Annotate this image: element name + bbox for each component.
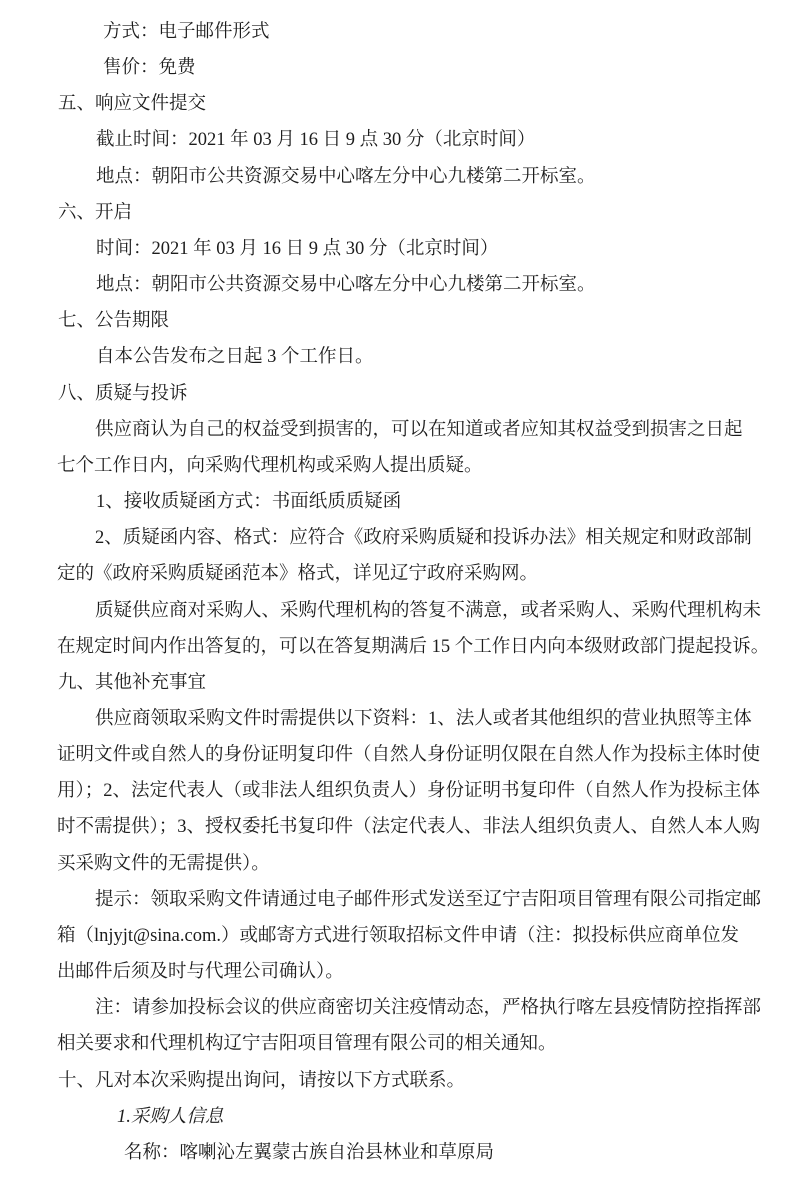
- para-tip-email-line3: 出邮件后须及时与代理公司确认）。: [57, 954, 767, 990]
- para-query-format-line2: 定的《政府采购质疑函范本》格式，详见辽宁政府采购网。: [57, 556, 767, 592]
- heading-section-6-opening: 六、开启: [58, 195, 767, 231]
- line-purchaser-name: 名称：喀喇沁左翼蒙古族自治县林业和草原局: [124, 1135, 767, 1171]
- heading-section-7-period: 七、公告期限: [58, 303, 767, 339]
- line-submission-location: 地点：朝阳市公共资源交易中心喀左分中心九楼第二开标室。: [96, 159, 767, 195]
- line-purchaser-info-title: 1.采购人信息: [117, 1099, 767, 1135]
- line-opening-time: 时间：2021 年 03 月 16 日 9 点 30 分（北京时间）: [96, 231, 767, 267]
- line-announcement-period: 自本公告发布之日起 3 个工作日。: [96, 339, 767, 375]
- heading-section-5-submission: 五、响应文件提交: [58, 86, 767, 122]
- document-page: 方式：电子邮件形式 售价：免费 五、响应文件提交 截止时间：2021 年 03 …: [0, 0, 800, 1184]
- para-query-format-line1: 2、质疑函内容、格式：应符合《政府采购质疑和投诉办法》相关规定和财政部制: [95, 520, 767, 556]
- heading-section-10-contact: 十、凡对本次采购提出询问，请按以下方式联系。: [58, 1063, 767, 1099]
- para-complaint-line1: 质疑供应商对采购人、采购代理机构的答复不满意，或者采购人、采购代理机构未: [95, 593, 767, 629]
- line-delivery-method: 方式：电子邮件形式: [103, 14, 767, 50]
- para-covid-note-line2: 相关要求和代理机构辽宁吉阳项目管理有限公司的相关通知。: [57, 1026, 767, 1062]
- document-body: 方式：电子邮件形式 售价：免费 五、响应文件提交 截止时间：2021 年 03 …: [57, 14, 767, 1171]
- para-materials-line1: 供应商领取采购文件时需提供以下资料：1、法人或者其他组织的营业执照等主体: [95, 701, 767, 737]
- line-deadline-time: 截止时间：2021 年 03 月 16 日 9 点 30 分（北京时间）: [96, 122, 767, 158]
- para-tip-email-line1: 提示：领取采购文件请通过电子邮件形式发送至辽宁吉阳项目管理有限公司指定邮: [95, 882, 767, 918]
- para-covid-note-line1: 注：请参加投标会议的供应商密切关注疫情动态，严格执行喀左县疫情防控指挥部: [95, 990, 767, 1026]
- para-query-rights-line1: 供应商认为自己的权益受到损害的，可以在知道或者应知其权益受到损害之日起: [95, 412, 767, 448]
- para-materials-line3: 用）；2、法定代表人（或非法人组织负责人）身份证明书复印件（自然人作为投标主体: [57, 773, 767, 809]
- para-materials-line5: 买采购文件的无需提供）。: [57, 846, 767, 882]
- heading-section-8-complaints: 八、质疑与投诉: [58, 376, 767, 412]
- para-tip-email-line2: 箱（lnjyjt@sina.com.）或邮寄方式进行领取招标文件申请（注：拟投标…: [57, 918, 767, 954]
- para-query-rights-line2: 七个工作日内，向采购代理机构或采购人提出质疑。: [57, 448, 767, 484]
- heading-section-9-other: 九、其他补充事宜: [58, 665, 767, 701]
- para-materials-line2: 证明文件或自然人的身份证明复印件（自然人身份证明仅限在自然人作为投标主体时使: [57, 737, 767, 773]
- para-complaint-line2: 在规定时间内作出答复的，可以在答复期满后 15 个工作日内向本级财政部门提起投诉…: [57, 629, 767, 665]
- line-price: 售价：免费: [103, 50, 767, 86]
- line-query-method: 1、接收质疑函方式：书面纸质质疑函: [96, 484, 767, 520]
- line-opening-location: 地点：朝阳市公共资源交易中心喀左分中心九楼第二开标室。: [96, 267, 767, 303]
- para-materials-line4: 时不需提供）；3、授权委托书复印件（法定代表人、非法人组织负责人、自然人本人购: [57, 809, 767, 845]
